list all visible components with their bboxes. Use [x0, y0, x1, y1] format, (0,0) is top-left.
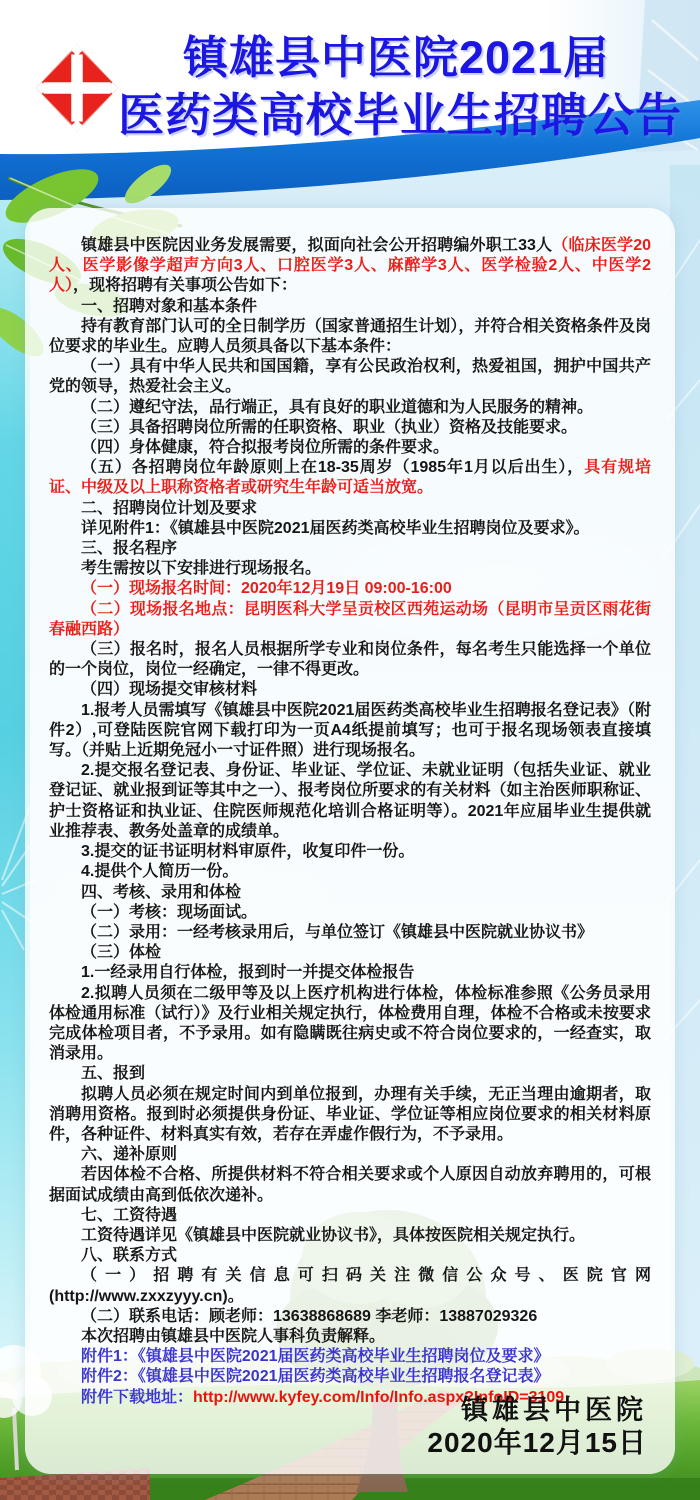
text-segment: 三、报名程序	[81, 540, 177, 557]
signature-block: 镇雄县中医院 2020年12月15日	[427, 1394, 647, 1460]
text-segment: 一、招聘对象和基本条件	[81, 298, 257, 315]
text-segment: （一）考核：现场面试。	[81, 904, 257, 921]
text-segment: 1.一经录用自行体检，报到时一并提交体检报告	[81, 964, 414, 981]
paragraph: （二）录用：一经考核录用后，与单位签订《镇雄县中医院就业协议书》	[49, 923, 651, 943]
paragraph: （二）联系电话：顾老师：13638868689 李老师：13887029326	[49, 1307, 651, 1327]
text-segment: ，现将招聘有关事项公告如下：	[73, 277, 297, 294]
text-segment: 拟聘人员必须在规定时间内到单位报到，办理有关手续，无正当理由逾期者，取消聘用资格…	[49, 1086, 651, 1143]
paragraph: 若因体检不合格、所提供材料不符合相关要求或个人原因自动放弃聘用的，可根据面试成绩…	[49, 1165, 651, 1205]
paragraph: 2.提交报名登记表、身份证、毕业证、学位证、未就业证明（包括失业证、就业登记证、…	[49, 761, 651, 842]
section-heading: 六、递补原则	[49, 1145, 651, 1165]
text-segment: 七、工资待遇	[81, 1207, 177, 1224]
text-segment: （二）录用：一经考核录用后，与单位签订《镇雄县中医院就业协议书》	[81, 924, 593, 941]
issue-date: 2020年12月15日	[427, 1426, 647, 1460]
paragraph: 2.拟聘人员须在二级甲等及以上医疗机构进行体检，体检标准参照《公务员录用体检通用…	[49, 984, 651, 1065]
text-segment: 考生需按以下安排进行现场报名。	[81, 560, 321, 577]
text-segment: （一）现场报名时间：2020年12月19日 09:00-16:00	[81, 580, 452, 597]
section-heading: 四、考核、录用和体检	[49, 883, 651, 903]
section-heading: 五、报到	[49, 1064, 651, 1084]
text-segment: 附件2：《镇雄县中医院2021届医药类高校毕业生招聘报名登记表》	[81, 1368, 550, 1385]
paragraph: （五）各招聘岗位年龄原则上在18-35周岁（1985年1月以后出生），具有规培证…	[49, 458, 651, 498]
paragraph: 4.提供个人简历一份。	[49, 862, 651, 882]
text-segment: 持有教育部门认可的全日制学历（国家普通招生计划），并符合相关资格条件及岗位要求的…	[49, 318, 651, 355]
text-segment: 四、考核、录用和体检	[81, 884, 241, 901]
text-segment: 本次招聘由镇雄县中医院人事科负责解释。	[81, 1328, 385, 1345]
poster-title: 镇雄县中医院2021届 医药类高校毕业生招聘公告	[118, 30, 674, 144]
paragraph: 1.一经录用自行体检，报到时一并提交体检报告	[49, 963, 651, 983]
paragraph: 拟聘人员必须在规定时间内到单位报到，办理有关手续，无正当理由逾期者，取消聘用资格…	[49, 1085, 651, 1146]
text-segment: 2.提交报名登记表、身份证、毕业证、学位证、未就业证明（包括失业证、就业登记证、…	[49, 762, 651, 840]
paragraph: （三）具备招聘岗位所需的任职资格、职业（执业）资格及技能要求。	[49, 418, 651, 438]
recruitment-poster: 镇雄县中医院2021届 医药类高校毕业生招聘公告 镇雄县中医院因业务发展需要，拟…	[0, 0, 700, 1500]
text-segment: 五、报到	[81, 1065, 145, 1082]
text-segment: 1.报考人员需填写《镇雄县中医院2021届医药类高校毕业生招聘报名登记表》（附件…	[49, 702, 651, 759]
page-title-line1: 镇雄县中医院2021届	[118, 30, 674, 86]
text-segment: 二、招聘岗位计划及要求	[81, 500, 257, 517]
paragraph: （一）招聘有关信息可扫码关注微信公众号、医院官网(http://www.zxxz…	[49, 1266, 651, 1306]
section-heading: 一、招聘对象和基本条件	[49, 297, 651, 317]
text-segment: 附件1：《镇雄县中医院2021届医药类高校毕业生招聘岗位及要求》	[81, 1348, 550, 1365]
text-segment: （三）具备招聘岗位所需的任职资格、职业（执业）资格及技能要求。	[81, 419, 577, 436]
text-segment: （三）报名时，报名人员根据所学专业和岗位条件，每名考生只能选择一个单位的一个岗位…	[49, 641, 651, 678]
text-segment: 2.拟聘人员须在二级甲等及以上医疗机构进行体检，体检标准参照《公务员录用体检通用…	[49, 985, 651, 1063]
text-segment: 工资待遇详见《镇雄县中医院就业协议书》，具体按医院相关规定执行。	[81, 1227, 585, 1244]
paragraph: 1.报考人员需填写《镇雄县中医院2021届医药类高校毕业生招聘报名登记表》（附件…	[49, 701, 651, 762]
paragraph: （一）现场报名时间：2020年12月19日 09:00-16:00	[49, 579, 651, 599]
attachment-link[interactable]: 附件1：《镇雄县中医院2021届医药类高校毕业生招聘岗位及要求》	[49, 1347, 651, 1367]
text-segment: 详见附件1：《镇雄县中医院2021届医药类高校毕业生招聘岗位及要求》。	[81, 520, 590, 537]
paragraph: （三）体检	[49, 943, 651, 963]
paragraph: （二）遵纪守法，品行端正，具有良好的职业道德和为人民服务的精神。	[49, 398, 651, 418]
text-segment: （一）招聘有关信息可扫码关注微信公众号、医院官网(http://www.zxxz…	[49, 1267, 651, 1304]
paragraph: 3.提交的证书证明材料审原件，收复印件一份。	[49, 842, 651, 862]
section-heading: 八、联系方式	[49, 1246, 651, 1266]
text-segment: 若因体检不合格、所提供材料不符合相关要求或个人原因自动放弃聘用的，可根据面试成绩…	[49, 1166, 651, 1203]
text-segment: 附件下载地址：	[81, 1389, 193, 1406]
announcement-panel: 镇雄县中医院因业务发展需要，拟面向社会公开招聘编外职工33人（临床医学20人、医…	[25, 208, 675, 1474]
paragraph: 本次招聘由镇雄县中医院人事科负责解释。	[49, 1327, 651, 1347]
text-segment: （五）各招聘岗位年龄原则上在18-35周岁（1985年1月以后出生），	[81, 459, 584, 476]
text-segment: （二）联系电话：顾老师：13638868689 李老师：13887029326	[81, 1308, 537, 1325]
text-segment: （三）体检	[81, 944, 161, 961]
paragraph: 镇雄县中医院因业务发展需要，拟面向社会公开招聘编外职工33人（临床医学20人、医…	[49, 236, 651, 297]
paragraph: 详见附件1：《镇雄县中医院2021届医药类高校毕业生招聘岗位及要求》。	[49, 519, 651, 539]
paragraph: 持有教育部门认可的全日制学历（国家普通招生计划），并符合相关资格条件及岗位要求的…	[49, 317, 651, 357]
text-segment: （二）遵纪守法，品行端正，具有良好的职业道德和为人民服务的精神。	[81, 399, 593, 416]
page-title-line2: 医药类高校毕业生招聘公告	[118, 86, 674, 144]
paragraph: （四）现场提交审核材料	[49, 680, 651, 700]
section-heading: 二、招聘岗位计划及要求	[49, 499, 651, 519]
paragraph: （三）报名时，报名人员根据所学专业和岗位条件，每名考生只能选择一个单位的一个岗位…	[49, 640, 651, 680]
paragraph: （一）具有中华人民共和国国籍，享有公民政治权利，热爱祖国，拥护中国共产党的领导，…	[49, 357, 651, 397]
paragraph: 考生需按以下安排进行现场报名。	[49, 559, 651, 579]
text-segment: （四）现场提交审核材料	[81, 681, 257, 698]
hospital-cross-logo	[36, 44, 118, 132]
paragraph: （一）考核：现场面试。	[49, 903, 651, 923]
paragraph: 工资待遇详见《镇雄县中医院就业协议书》，具体按医院相关规定执行。	[49, 1226, 651, 1246]
text-segment: 六、递补原则	[81, 1146, 177, 1163]
text-segment: 4.提供个人简历一份。	[81, 863, 238, 880]
text-segment: 3.提交的证书证明材料审原件，收复印件一份。	[81, 843, 414, 860]
announcement-body: 镇雄县中医院因业务发展需要，拟面向社会公开招聘编外职工33人（临床医学20人、医…	[49, 236, 651, 1408]
section-heading: 七、工资待遇	[49, 1206, 651, 1226]
paragraph: （四）身体健康，符合拟报考岗位所需的条件要求。	[49, 438, 651, 458]
text-segment: （二）现场报名地点：昆明医科大学呈贡校区西苑运动场（昆明市呈贡区雨花街春融西路）	[49, 601, 651, 638]
paragraph: （二）现场报名地点：昆明医科大学呈贡校区西苑运动场（昆明市呈贡区雨花街春融西路）	[49, 600, 651, 640]
section-heading: 三、报名程序	[49, 539, 651, 559]
attachment-link[interactable]: 附件2：《镇雄县中医院2021届医药类高校毕业生招聘报名登记表》	[49, 1367, 651, 1387]
text-segment: （四）身体健康，符合拟报考岗位所需的条件要求。	[81, 439, 449, 456]
text-segment: （一）具有中华人民共和国国籍，享有公民政治权利，热爱祖国，拥护中国共产党的领导，…	[49, 358, 651, 395]
text-segment: 镇雄县中医院因业务发展需要，拟面向社会公开招聘编外职工33人	[81, 237, 552, 254]
issuing-org: 镇雄县中医院	[427, 1394, 647, 1426]
text-segment: 八、联系方式	[81, 1247, 177, 1264]
